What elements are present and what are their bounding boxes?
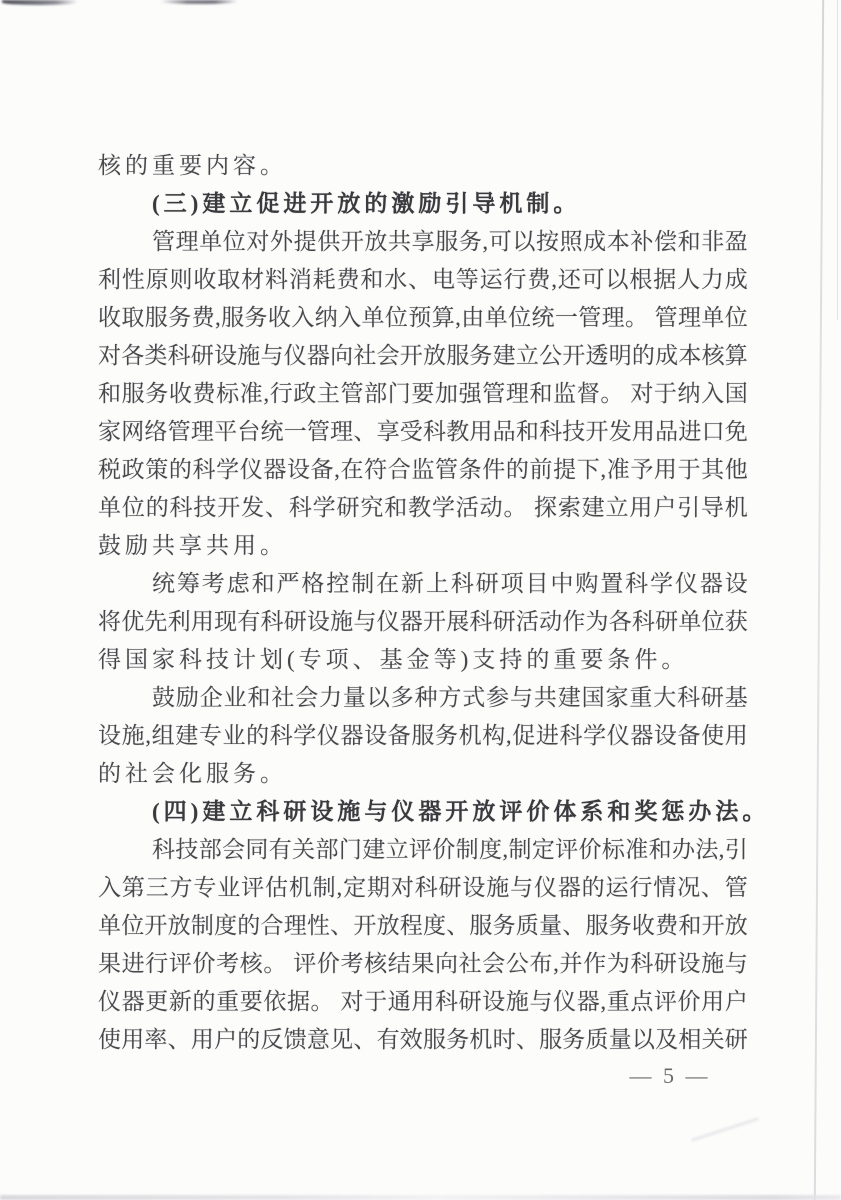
text-line: 对各类科研设施与仪器向社会开放服务建立公开透明的成本核算	[98, 337, 748, 375]
text-line: 设施,组建专业的科学仪器设备服务机构,促进科学仪器设备使用	[98, 717, 748, 755]
text-line: 入第三方专业评估机制,定期对科研设施与仪器的运行情况、管理	[98, 869, 748, 907]
scan-corner-mark	[691, 1117, 759, 1141]
text-line: (四)建立科研设施与仪器开放评价体系和奖惩办法。	[98, 793, 748, 831]
text-line: 税政策的科学仪器设备,在符合监管条件的前提下,准予用于其他	[98, 451, 748, 489]
text-line: 使用率、用户的反馈意见、有效服务机时、服务质量以及相关研究	[98, 1021, 748, 1059]
text-line: 单位的科技开发、科学研究和教学活动。 探索建立用户引导机制,	[98, 489, 748, 527]
text-line: 利性原则收取材料消耗费和水、电等运行费,还可以根据人力成本	[98, 261, 748, 299]
scan-smudge-top-left-2	[160, 0, 238, 4]
scan-smudge-top-left-1	[2, 0, 78, 5]
scan-edge-bottom-band	[0, 1195, 841, 1200]
text-line: 家网络管理平台统一管理、享受科教用品和科技开发用品进口免	[98, 413, 748, 451]
page-number: — 5 —	[588, 1062, 752, 1090]
text-line: 和服务收费标准,行政主管部门要加强管理和监督。 对于纳入国	[98, 375, 748, 413]
text-line: 单位开放制度的合理性、开放程度、服务质量、服务收费和开放效	[98, 907, 748, 945]
text-line: 的社会化服务。	[98, 755, 748, 793]
text-line: 科技部会同有关部门建立评价制度,制定评价标准和办法,引	[98, 831, 748, 869]
text-line: 得国家科技计划(专项、基金等)支持的重要条件。	[98, 641, 748, 679]
text-line: 果进行评价考核。 评价考核结果向社会公布,并作为科研设施与	[98, 945, 748, 983]
document-page: 核的重要内容。(三)建立促进开放的激励引导机制。管理单位对外提供开放共享服务,可…	[0, 0, 841, 1200]
scan-edge-right-line-2	[837, 0, 838, 320]
text-line: 收取服务费,服务收入纳入单位预算,由单位统一管理。 管理单位	[98, 299, 748, 337]
text-line: 核的重要内容。	[98, 147, 748, 185]
text-line: 鼓励共享共用。	[98, 527, 748, 565]
text-line: 鼓励企业和社会力量以多种方式参与共建国家重大科研基础	[98, 679, 748, 717]
body-text: 核的重要内容。(三)建立促进开放的激励引导机制。管理单位对外提供开放共享服务,可…	[98, 147, 748, 1059]
text-line: 将优先利用现有科研设施与仪器开展科研活动作为各科研单位获	[98, 603, 748, 641]
scan-edge-right-line	[814, 0, 824, 1200]
text-line: 统筹考虑和严格控制在新上科研项目中购置科学仪器设备。	[98, 565, 748, 603]
text-line: (三)建立促进开放的激励引导机制。	[98, 185, 748, 223]
text-line: 仪器更新的重要依据。 对于通用科研设施与仪器,重点评价用户	[98, 983, 748, 1021]
text-line: 管理单位对外提供开放共享服务,可以按照成本补偿和非盈	[98, 223, 748, 261]
